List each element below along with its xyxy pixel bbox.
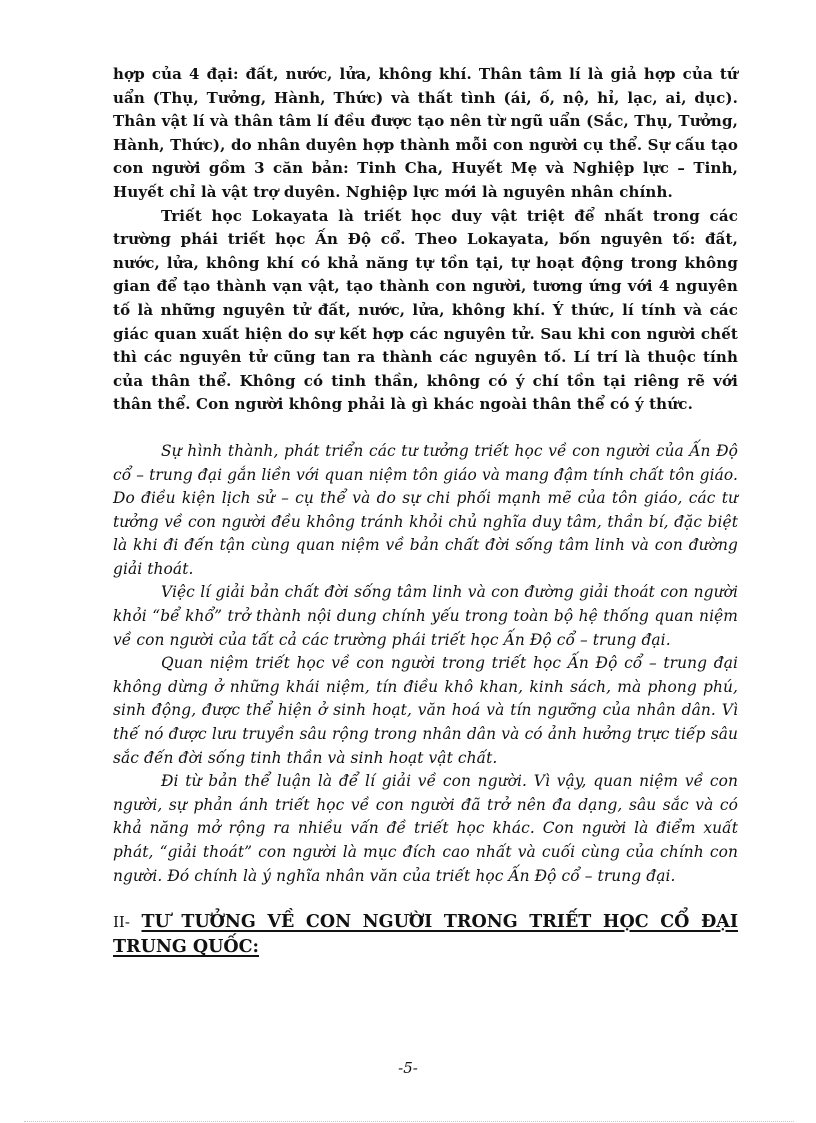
section-title: TƯ TƯỞNG VỀ CON NGƯỜI TRONG TRIẾT HỌC CỔ… [113,912,738,957]
body-paragraph: hợp của 4 đại: đất, nước, lửa, không khí… [113,63,738,205]
body-paragraph-lokayata: Triết học Lokayata là triết học duy vật … [113,205,738,417]
summary-paragraph: Sự hình thành, phát triển các tư tưởng t… [113,440,738,582]
summary-paragraph: Quan niệm triết học về con người trong t… [113,652,738,770]
paragraph-spacer [113,417,738,440]
section-heading: II- TƯ TƯỞNG VỀ CON NGƯỜI TRONG TRIẾT HỌ… [113,910,738,960]
document-page: hợp của 4 đại: đất, nước, lửa, không khí… [113,63,738,960]
section-number: II- [113,913,130,931]
summary-paragraph: Việc lí giải bản chất đời sống tâm linh … [113,581,738,652]
heading-spacer [113,888,738,910]
summary-paragraph: Đi từ bản thể luận là để lí giải về con … [113,770,738,888]
page-bottom-dotted-rule [24,1121,794,1122]
page-number: -5- [0,1059,816,1077]
